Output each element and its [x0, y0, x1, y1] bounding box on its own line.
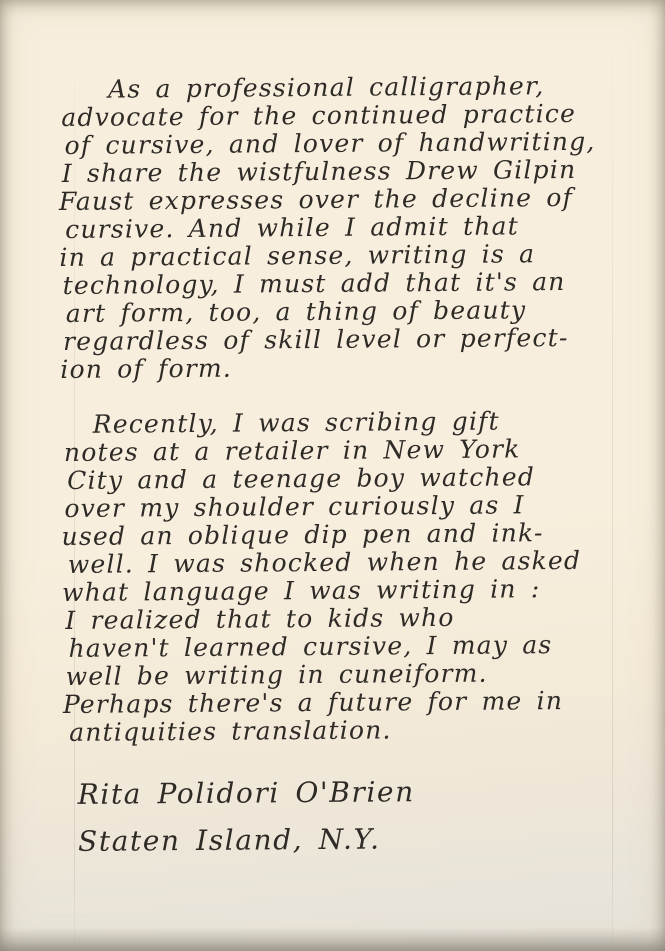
paragraph-1: As a professional calligrapher, advocate…	[58, 71, 653, 384]
letter-photo: As a professional calligrapher, advocate…	[0, 0, 665, 951]
letter-line: well. I was shocked when he asked	[68, 546, 655, 579]
letter-line: ion of form.	[60, 351, 653, 384]
letter-line: regardless of skill level or perfect-	[63, 323, 653, 356]
letter-line: antiquities translation.	[69, 714, 656, 747]
signature-block: Rita Polidori O'Brien Staten Island, N.Y…	[77, 766, 657, 865]
paragraph-2: Recently, I was scribing gift notes at a…	[61, 406, 657, 747]
letter-line: Faust expresses over the decline of	[59, 183, 652, 216]
letter-line: technology, I must add that it's an	[63, 267, 653, 300]
letter-body: As a professional calligrapher, advocate…	[58, 71, 657, 865]
letter-line: Recently, I was scribing gift	[93, 406, 654, 438]
signature-location: Staten Island, N.Y.	[78, 813, 657, 865]
signature-name: Rita Polidori O'Brien	[77, 766, 656, 818]
